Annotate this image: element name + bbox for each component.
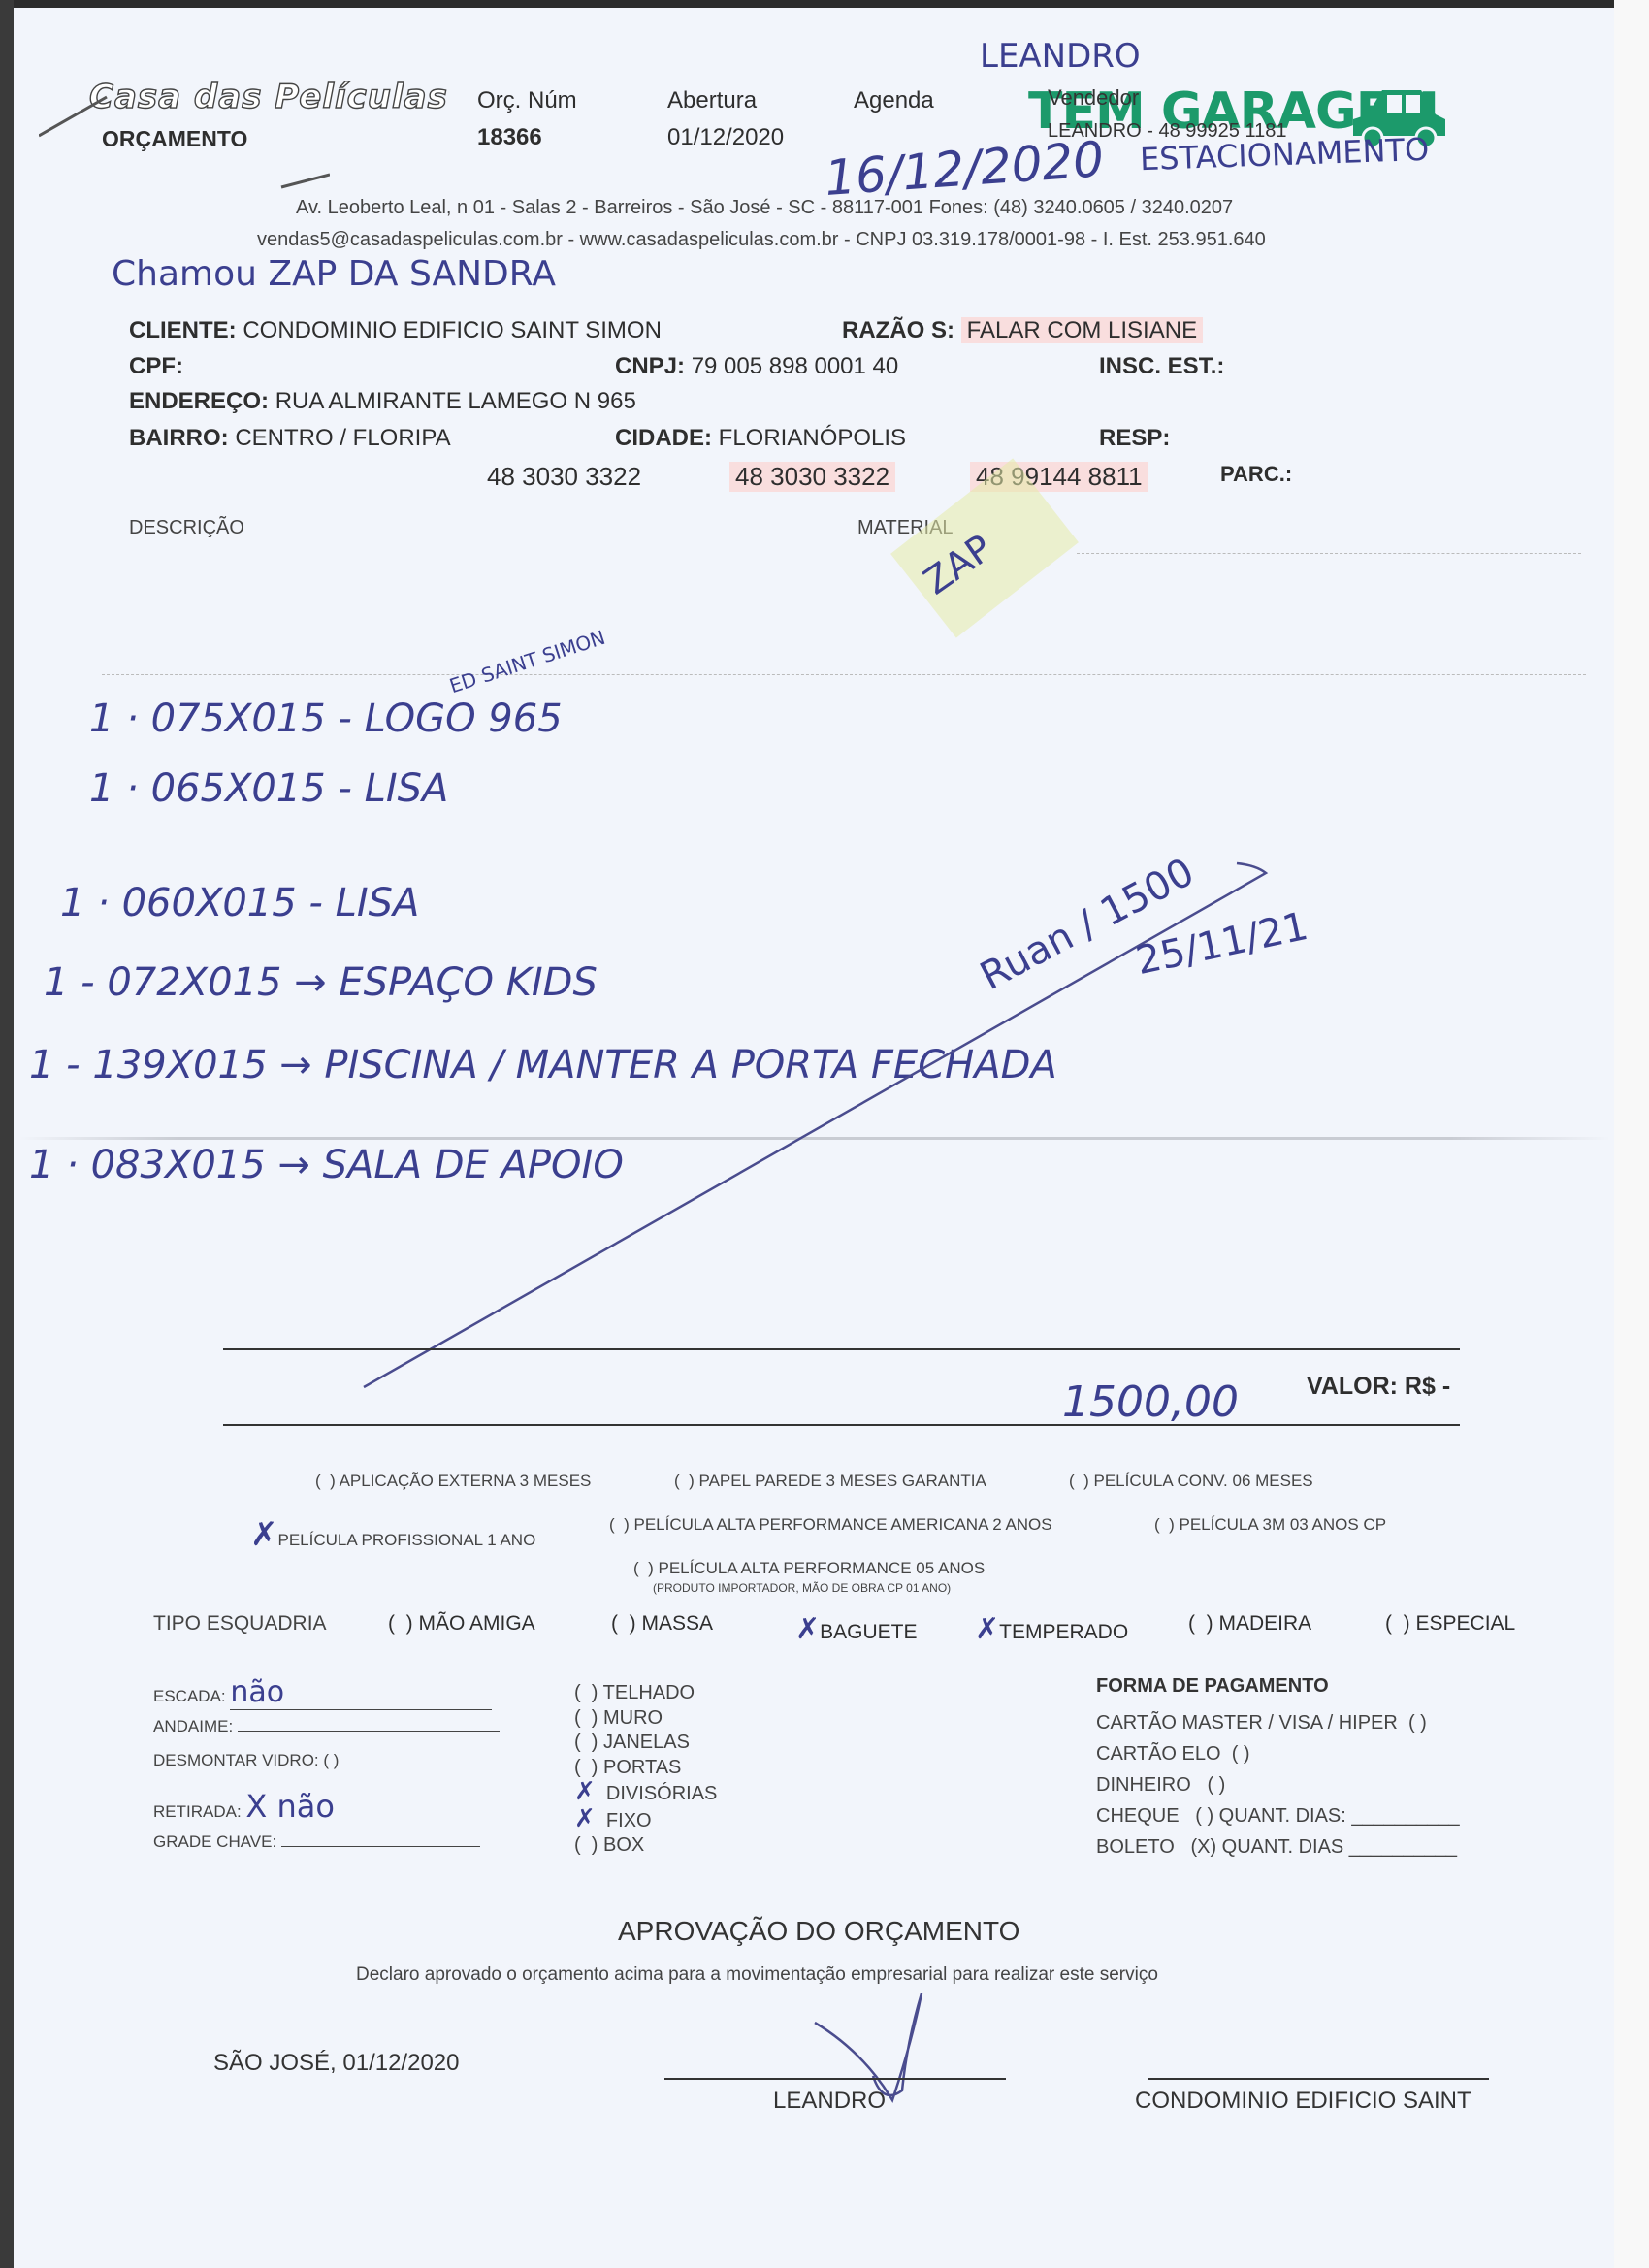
parc-label: PARC.:: [1220, 462, 1292, 487]
phone-2: 48 3030 3322: [729, 462, 895, 492]
esquadria-baguete[interactable]: ✗BAGUETE: [795, 1612, 918, 1646]
rule-line: [1077, 553, 1581, 555]
insc-field: INSC. EST.:: [1099, 353, 1224, 380]
pay-cheque[interactable]: CHEQUE ( ) QUANT. DIAS: __________: [1096, 1800, 1460, 1831]
esquadria-madeira[interactable]: ( ) MADEIRA: [1188, 1612, 1311, 1636]
bairro-field: BAIRRO: CENTRO / FLORIPA: [129, 425, 451, 452]
local-janelas[interactable]: ( ) JANELAS: [574, 1731, 717, 1756]
approval-statement: Declaro aprovado o orçamento acima para …: [356, 1964, 1158, 1986]
option-label: BOX: [603, 1834, 644, 1856]
phone-1: 48 3030 3322: [487, 462, 641, 492]
orc-num: 18366: [477, 124, 542, 151]
insc-label: INSC. EST.:: [1099, 353, 1224, 379]
signature-line: [664, 2078, 1006, 2080]
item-qty: 1: [60, 881, 84, 925]
cliente-field: CLIENTE: CONDOMINIO EDIFICIO SAINT SIMON: [129, 317, 662, 344]
check-mark-icon: ✗: [250, 1515, 278, 1554]
pagamento-list: CARTÃO MASTER / VISA / HIPER ( ) CARTÃO …: [1096, 1707, 1460, 1863]
option-alta-performance-05[interactable]: ( ) PELÍCULA ALTA PERFORMANCE 05 ANOS: [633, 1559, 985, 1578]
resp-label: RESP:: [1099, 425, 1170, 451]
item-qty: 1: [29, 1143, 53, 1187]
pay-boleto[interactable]: BOLETO (X) QUANT. DIAS __________: [1096, 1831, 1460, 1863]
check-mark-icon: ✗: [574, 1804, 596, 1833]
escada-label: ESCADA:: [153, 1687, 226, 1705]
signature-line: [1148, 2078, 1489, 2080]
escada-value: não: [230, 1675, 284, 1709]
option-label: MADEIRA: [1219, 1612, 1312, 1635]
andaime-field[interactable]: ANDAIME:: [153, 1713, 500, 1736]
option-pelicula-conv[interactable]: ( ) PELÍCULA CONV. 06 MESES: [1069, 1472, 1313, 1491]
option-box: ( ): [1232, 1743, 1250, 1765]
option-label: FIXO: [606, 1810, 652, 1831]
resp-field: RESP:: [1099, 425, 1170, 452]
cnpj-label: CNPJ:: [615, 353, 685, 379]
option-pelicula-3m[interactable]: ( ) PELÍCULA 3M 03 ANOS CP: [1154, 1515, 1386, 1535]
option-label: CARTÃO MASTER / VISA / HIPER: [1096, 1712, 1398, 1733]
escada-line: não: [230, 1675, 492, 1710]
local-box[interactable]: ( ) BOX: [574, 1833, 717, 1859]
check-mark-icon: ✗: [574, 1777, 596, 1806]
item-desc: 065X015 - LISA: [151, 766, 449, 811]
vendedor-label: Vendedor: [1048, 85, 1139, 111]
option-label: PELÍCULA ALTA PERFORMANCE AMERICANA 2 AN…: [634, 1515, 1052, 1534]
cnpj-value: 79 005 898 0001 40: [692, 353, 899, 379]
orc-num-label: Orç. Núm: [477, 87, 577, 114]
locais-list: ( ) TELHADO ( ) MURO ( ) JANELAS ( ) POR…: [574, 1681, 717, 1859]
esquadria-massa[interactable]: ( ) MASSA: [611, 1612, 713, 1636]
option-label: MURO: [603, 1707, 663, 1729]
option-label: MÃO AMIGA: [419, 1612, 535, 1635]
local-divisorias[interactable]: ✗ DIVISÓRIAS: [574, 1780, 717, 1807]
option-label: DIVISÓRIAS: [606, 1783, 717, 1804]
option-label: APLICAÇÃO EXTERNA 3 MESES: [339, 1472, 592, 1490]
item-qty: 1: [44, 960, 68, 1005]
pay-cartao-elo[interactable]: CARTÃO ELO ( ): [1096, 1738, 1460, 1769]
grade-label: GRADE CHAVE:: [153, 1832, 276, 1851]
desmontar-field[interactable]: DESMONTAR VIDRO: ( ): [153, 1751, 339, 1770]
bairro-label: BAIRRO:: [129, 425, 229, 451]
local-muro[interactable]: ( ) MURO: [574, 1706, 717, 1732]
item-desc: 075X015 - LOGO 965: [151, 697, 563, 741]
grade-line: [281, 1829, 480, 1847]
item-row: 1 · 075X015 - LOGO 965: [89, 697, 563, 741]
option-label: PELÍCULA PROFISSIONAL 1 ANO: [278, 1531, 536, 1549]
endereco-field: ENDEREÇO: RUA ALMIRANTE LAMEGO N 965: [129, 388, 636, 415]
option-label: PAPEL PAREDE 3 MESES GARANTIA: [699, 1472, 986, 1490]
cliente-label: CLIENTE:: [129, 317, 237, 343]
rule-line: [102, 674, 1586, 676]
check-mark-icon: ✗: [795, 1612, 820, 1646]
scan-edge-right: [1614, 0, 1649, 2268]
retirada-label: RETIRADA:: [153, 1802, 242, 1821]
cidade-field: CIDADE: FLORIANÓPOLIS: [615, 425, 906, 452]
place-date: SÃO JOSÉ, 01/12/2020: [213, 2050, 460, 2077]
pay-dinheiro[interactable]: DINHEIRO ( ): [1096, 1769, 1460, 1800]
option-aplicacao-externa[interactable]: ( ) APLICAÇÃO EXTERNA 3 MESES: [315, 1472, 591, 1491]
endereco-value: RUA ALMIRANTE LAMEGO N 965: [275, 388, 636, 414]
andaime-line: [238, 1713, 500, 1732]
esquadria-label: TIPO ESQUADRIA: [153, 1612, 327, 1636]
retirada-value: X não: [245, 1788, 335, 1825]
local-portas[interactable]: ( ) PORTAS: [574, 1756, 717, 1781]
divider: [223, 1348, 1460, 1350]
option-label: TEMPERADO: [999, 1621, 1128, 1643]
esquadria-especial[interactable]: ( ) ESPECIAL: [1385, 1612, 1515, 1636]
esquadria-mao-amiga[interactable]: ( ) MÃO AMIGA: [388, 1612, 535, 1636]
strike-mark-icon: [39, 82, 330, 199]
divider: [223, 1424, 1460, 1426]
option-label: PELÍCULA CONV. 06 MESES: [1094, 1472, 1313, 1490]
signer-1: LEANDRO: [773, 2088, 886, 2115]
option-label: CARTÃO ELO: [1096, 1743, 1221, 1765]
option-label: TELHADO: [603, 1682, 695, 1703]
local-fixo[interactable]: ✗ FIXO: [574, 1807, 717, 1834]
endereco-label: ENDEREÇO:: [129, 388, 269, 414]
grade-field[interactable]: GRADE CHAVE:: [153, 1829, 480, 1852]
option-label: ESPECIAL: [1416, 1612, 1516, 1635]
item-qty: 1: [29, 1043, 53, 1087]
valor-label: VALOR: R$ -: [1307, 1373, 1450, 1401]
approval-title: APROVAÇÃO DO ORÇAMENTO: [618, 1916, 1019, 1947]
option-subtext: (PRODUTO IMPORTADOR, MÃO DE OBRA CP 01 A…: [653, 1581, 951, 1595]
razao-field: RAZÃO S: FALAR COM LISIANE: [842, 317, 1203, 344]
pagamento-title: FORMA DE PAGAMENTO: [1096, 1675, 1329, 1698]
vendedor-handwritten: LEANDRO: [980, 37, 1141, 76]
option-pelicula-profissional[interactable]: ✗PELÍCULA PROFISSIONAL 1 ANO: [250, 1515, 535, 1554]
descricao-label: DESCRIÇÃO: [129, 517, 244, 539]
item-qty: 1: [89, 697, 113, 741]
escada-field[interactable]: ESCADA: não: [153, 1675, 492, 1710]
option-box: ( ): [1207, 1774, 1225, 1796]
abertura-label: Abertura: [667, 87, 757, 114]
valor-handwritten: 1500,00: [1062, 1377, 1239, 1427]
cpf-field: CPF:: [129, 353, 183, 380]
esquadria-temperado[interactable]: ✗TEMPERADO: [975, 1612, 1128, 1646]
scan-edge-top: [0, 0, 1649, 8]
option-box: ( ) QUANT. DIAS: __________: [1195, 1805, 1459, 1827]
option-alta-performance-americana[interactable]: ( ) PELÍCULA ALTA PERFORMANCE AMERICANA …: [609, 1515, 1052, 1535]
razao-value: FALAR COM LISIANE: [961, 317, 1203, 343]
option-label: BAGUETE: [820, 1621, 917, 1643]
item-qty: 1: [89, 766, 113, 811]
retirada-field[interactable]: RETIRADA: X não: [153, 1788, 335, 1825]
option-label: CHEQUE: [1096, 1805, 1180, 1827]
andaime-label: ANDAIME:: [153, 1717, 233, 1735]
cidade-label: CIDADE:: [615, 425, 712, 451]
handwritten-note: Chamou ZAP DA SANDRA: [112, 254, 556, 294]
agenda-label: Agenda: [854, 87, 934, 114]
local-telhado[interactable]: ( ) TELHADO: [574, 1681, 717, 1706]
cpf-label: CPF:: [129, 353, 183, 379]
option-label: DINHEIRO: [1096, 1774, 1191, 1796]
item-row: 1 · 065X015 - LISA: [89, 766, 448, 811]
option-papel-parede[interactable]: ( ) PAPEL PAREDE 3 MESES GARANTIA: [674, 1472, 986, 1491]
cliente-value: CONDOMINIO EDIFICIO SAINT SIMON: [242, 317, 662, 343]
contact-line: vendas5@casadaspeliculas.com.br - www.ca…: [257, 229, 1266, 251]
check-mark-icon: ✗: [975, 1612, 999, 1646]
option-box: (X) QUANT. DIAS __________: [1190, 1836, 1457, 1858]
option-label: BOLETO: [1096, 1836, 1175, 1858]
signer-2: CONDOMINIO EDIFICIO SAINT: [1135, 2088, 1471, 2115]
pay-cartao-master[interactable]: CARTÃO MASTER / VISA / HIPER ( ): [1096, 1707, 1460, 1738]
abertura-date: 01/12/2020: [667, 124, 784, 151]
option-label: MASSA: [642, 1612, 714, 1635]
razao-label: RAZÃO S:: [842, 317, 954, 343]
address-line: Av. Leoberto Leal, n 01 - Salas 2 - Barr…: [296, 197, 1233, 219]
bairro-value: CENTRO / FLORIPA: [235, 425, 450, 451]
option-label: JANELAS: [603, 1732, 690, 1753]
cnpj-field: CNPJ: 79 005 898 0001 40: [615, 353, 898, 380]
option-label: PELÍCULA ALTA PERFORMANCE 05 ANOS: [659, 1559, 986, 1577]
strike-line-icon: [359, 854, 1280, 1397]
option-label: PELÍCULA 3M 03 ANOS CP: [1180, 1515, 1387, 1534]
cidade-value: FLORIANÓPOLIS: [719, 425, 906, 451]
option-box: ( ): [1408, 1712, 1427, 1733]
option-label: PORTAS: [603, 1757, 681, 1778]
scan-edge-left: [0, 0, 14, 2268]
